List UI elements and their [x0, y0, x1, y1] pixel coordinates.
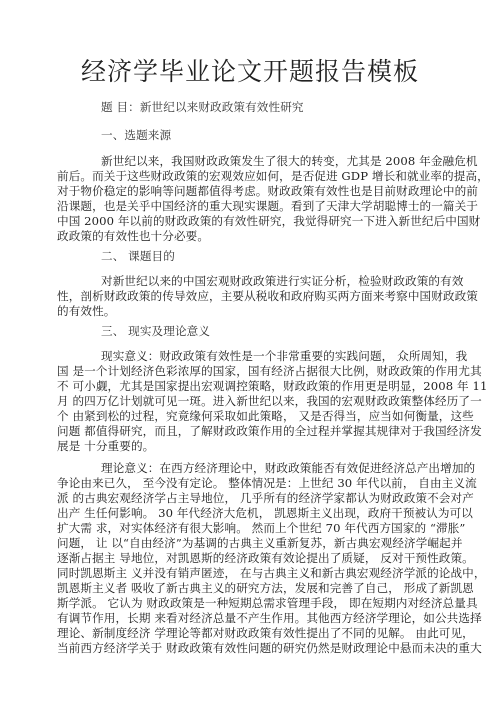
- paragraph-line: 对于物价稳定的影响等问题都值得考虑。财政政策有效性也是目前财政理论中的前: [57, 184, 478, 199]
- section-heading-2: 二、 课题目的: [101, 249, 175, 264]
- paragraph-line: 当前西方经济学关于 财政政策有效性问题的研究仍然是财政理论中悬而未决的重大: [57, 641, 482, 656]
- document-title: 经济学毕业论文开题报告模板: [0, 52, 500, 88]
- paragraph-line: 逐渐占据主 导地位，对凯恩斯的经济政策有效论提出了质疑， 反对干预性政策。: [57, 551, 474, 566]
- paragraph-line: 沿课题，也是关乎中国经济的重大现实课题。看到了天津大学胡聪博士的一篇关于: [57, 199, 478, 214]
- paragraph-line: 问题， 让 以“自由经济”为基调的古典主义重新复苏，新古典宏观经济学崛起并: [57, 536, 463, 551]
- paragraph-line: 现实意义：财政政策有效性是一个非常重要的实践问题， 众所周知，我: [101, 349, 467, 364]
- paragraph-line: 中国 2000 年以前的财政政策的有效性研究，我觉得研究一下进入新世纪后中国财: [57, 214, 480, 229]
- paragraph-line: 月 的四万亿计划就可见一斑。进入新世纪以来，我国的宏观财政政策整体经历了一: [57, 394, 482, 409]
- paragraph-line: 的有效性。: [57, 304, 115, 319]
- paragraph-line: 同时凯恩斯主 义并没有销声匿迹， 在与古典主义和新古典宏观经济学派的论战中，: [57, 566, 486, 581]
- paragraph-line: 对新世纪以来的中国宏观财政政策进行实证分析，检验财政政策的有效: [101, 274, 464, 289]
- paragraph-line: 问题 都值得研究，而且，了解财政政策作用的全过程并掌握其规律对于我国经济发: [57, 424, 482, 439]
- subject-line: 题 目：新世纪以来财政政策有效性研究: [101, 100, 304, 115]
- paragraph-line: 争论由来已久， 至今没有定论。 整体情况是：上世纪 30 年代以前， 自由主义流: [57, 476, 477, 491]
- paragraph-line: 展是 十分重要的。: [57, 439, 154, 454]
- paragraph-line: 有调节作用，长期 来看对经济总量不产生作用。其他西方经济学理论，如公共选择: [57, 611, 482, 626]
- paragraph-line: 政政策的有效性也十分必要。: [57, 229, 209, 244]
- paragraph-line: 凯恩斯主义者 吸收了新古典主义的研究方法，发展和完善了自己， 形成了新凯恩: [57, 581, 474, 596]
- paragraph-line: 理论、新制度经济 学理论等都对财政政策有效性提出了不同的见解。 由此可见，: [57, 626, 474, 641]
- paragraph-line: 斯学派。 它认为 财政政策是一种短期总需求管理手段， 即在短期内对经济总量具: [57, 596, 478, 611]
- paragraph-line: 不 可小觑，尤其是国家提出宏观调控策略，财政政策的作用更是明显，2008 年 1…: [57, 379, 487, 394]
- paragraph-line: 性，剖析财政政策的传导效应，主要从税收和政府购买两方面来考察中国财政政策: [57, 289, 478, 304]
- paragraph-line: 扩大需 求，对实体经济有很大影响。 然而上个世纪 70 年代西方国家的 “滞胀”: [57, 521, 465, 536]
- section-heading-3: 三、 现实及理论意义: [101, 324, 210, 339]
- paragraph-line: 前后。而关于这些财政政策的宏观效应如何，是否促进 GDP 增长和就业率的提高，: [57, 169, 489, 184]
- paragraph-line: 国 是一个计划经济色彩浓厚的国家，国有经济占据很大比例，财政政策的作用尤其: [57, 364, 482, 379]
- paragraph-line: 出产 生任何影响。 30 年代经济大危机， 凯恩斯主义出现，政府干预被认为可以: [57, 506, 473, 521]
- section-heading-1: 一、选题来源: [101, 128, 171, 143]
- paragraph-line: 新世纪以来，我国财政政策发生了很大的转变，尤其是 2008 年金融危机: [101, 154, 478, 169]
- paragraph-line: 理论意义：在西方经济理论中，财政政策能否有效促进经济总产出增加的: [101, 461, 475, 476]
- paragraph-line: 个 由紧到松的过程，究竟缘何采取如此策略， 又是否得当，应当如何衡量，这些: [57, 409, 474, 424]
- paragraph-line: 派 的古典宏观经济学占主导地位， 几乎所有的经济学家都认为财政政策不会对产: [57, 491, 474, 506]
